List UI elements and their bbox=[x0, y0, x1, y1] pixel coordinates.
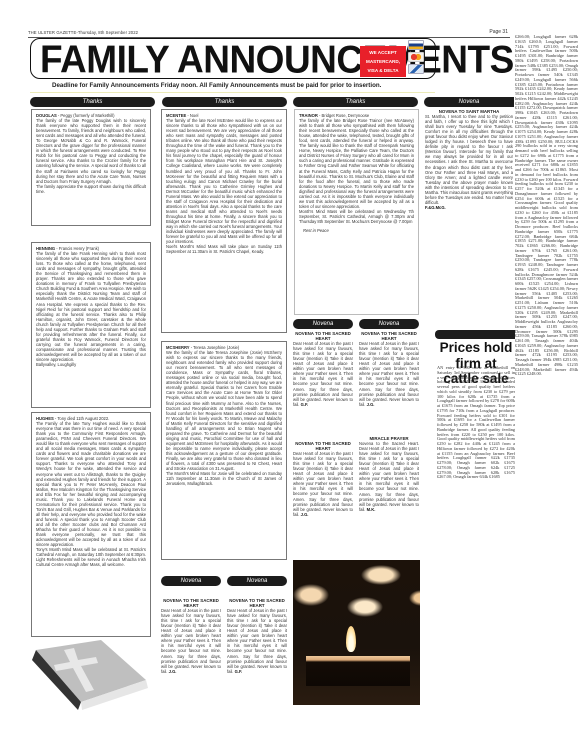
notice-trainor: TRAINOR - Bridget Rose, Derrynoose The f… bbox=[294, 109, 419, 315]
notice-closing: Month's Mind Mass will be celebrated on … bbox=[299, 209, 414, 224]
payment-badge: WE ACCEPT MASTERCARD, VISA & DELTA bbox=[360, 46, 406, 77]
column-header-novena: Novena bbox=[359, 319, 419, 329]
notice-closing: Tony's Month Mind Mass will be celebrate… bbox=[36, 547, 146, 567]
notice-closing: The family appreciate the support shown … bbox=[36, 184, 146, 194]
novena-saint-martha: NOVENA TO SAINT MARTHA St. Martha, I res… bbox=[425, 109, 513, 325]
page-number: Page 31 bbox=[489, 29, 508, 35]
novena-title: NOVENA TO THE SACRED HEART bbox=[359, 331, 419, 341]
bible-cross-icon bbox=[26, 640, 152, 712]
notice-body: The family of the late Peggy Douglas wis… bbox=[36, 118, 146, 184]
novena-title: NOVENA TO THE SACRED HEART bbox=[161, 598, 221, 608]
novena-title: NOVENA TO THE SACRED HEART bbox=[293, 331, 353, 341]
article-body: AN entry of 900 cattle at Markethill on … bbox=[437, 366, 515, 646]
column-header-novena: Novena bbox=[161, 576, 221, 586]
novena-sacred-heart: NOVENA TO THE SACRED HEART Dear Heart of… bbox=[359, 331, 419, 433]
deadline-notice: Deadline for Family Announcements Friday… bbox=[52, 82, 381, 89]
novena-signature: J.G. bbox=[367, 402, 375, 407]
notice-body: The family of the late Frank Henning wis… bbox=[36, 251, 146, 362]
visa-card-icon bbox=[408, 40, 424, 50]
publication-line: THE ULSTER GAZETTE-Thursday, 8th Septemb… bbox=[28, 29, 510, 38]
payment-badge-line: WE ACCEPT bbox=[360, 48, 406, 57]
novena-signature: M.K. bbox=[367, 507, 376, 512]
column-header-thanks: Thanks bbox=[293, 97, 418, 107]
notice-body: The family of the late Bridget Rose Trai… bbox=[299, 118, 414, 209]
column-header-novena: Novena bbox=[227, 576, 287, 586]
notice-body: We the family of the late Teresa Josephi… bbox=[166, 350, 282, 471]
article-bar bbox=[435, 330, 515, 339]
divider bbox=[30, 92, 435, 93]
novena-sacred-heart: NOVENA TO THE SACRED HEART Dear Heart of… bbox=[227, 598, 287, 703]
mastercard-icon bbox=[408, 52, 424, 62]
novena-signature: J.G. bbox=[301, 512, 309, 517]
notice-body: The Family of the late Tony Hughes would… bbox=[36, 421, 146, 547]
novena-body: Dear Heart of Jesus in the past I have a… bbox=[227, 608, 287, 674]
novena-body: Dear Heart of Jesus in the past I have a… bbox=[293, 451, 353, 517]
novena-title: NOVENA TO THE SACRED HEART bbox=[227, 598, 287, 608]
notice-closing: Ballyvalley, Loughgilly bbox=[36, 362, 146, 367]
novena-signature: G.F. bbox=[235, 669, 243, 674]
delta-card-icon bbox=[408, 64, 424, 74]
column-header-thanks: Thanks bbox=[30, 97, 155, 107]
payment-badge-line: VISA & DELTA bbox=[360, 66, 406, 75]
notice-body: The family of the late Noel McEntee woul… bbox=[166, 118, 282, 244]
card-logos bbox=[408, 40, 426, 78]
novena-body: Dear Heart of Jesus in the past I have a… bbox=[293, 341, 353, 407]
novena-title: NOVENA TO THE SACRED HEART bbox=[293, 441, 353, 451]
notice-henning: HENNING - Francis Henry (Frank) The fami… bbox=[31, 242, 151, 408]
novena-body: Dear Heart of Jesus in the past I have a… bbox=[161, 608, 221, 674]
section-title: FAMILY ANNOUNCEMENTS bbox=[40, 39, 514, 81]
candle-holder bbox=[306, 656, 410, 686]
novena-signature: F.&G.McG. bbox=[425, 205, 513, 210]
candle-flame-icon bbox=[346, 626, 356, 652]
notice-closing: Noel's Month's Mind Mass will take place… bbox=[166, 244, 282, 254]
notice-mcsherry: MCSHERRY - Teresa Josephine (Josie) We t… bbox=[161, 341, 287, 560]
novena-sacred-heart: NOVENA TO THE SACRED HEART Dear Heart of… bbox=[161, 598, 221, 703]
column-header-novena: Novena bbox=[424, 97, 514, 107]
notice-closing: The Month's Mind Mass for Josie will be … bbox=[166, 471, 282, 486]
miracle-prayer-body: Novena to the Sacred Heart. Dear Heart o… bbox=[359, 441, 419, 512]
notice-douglas: DOUGLAS - Peggy (formerly of Markethill)… bbox=[31, 109, 151, 226]
novena-body: St. Martha, I resort to thee and to thy … bbox=[425, 114, 513, 205]
rest-in-peace: Rest in Peace bbox=[299, 228, 414, 233]
column-header-novena: Novena bbox=[293, 319, 353, 329]
novena-sacred-heart: NOVENA TO THE SACRED HEART Dear Heart of… bbox=[293, 331, 353, 435]
novena-signature: J.G. bbox=[169, 669, 177, 674]
novena-sacred-heart: NOVENA TO THE SACRED HEART Dear Heart of… bbox=[293, 441, 353, 551]
novena-signature: G.F. bbox=[301, 402, 309, 407]
notice-mcentee: MCENTEE - Noel The family of the late No… bbox=[161, 109, 287, 333]
notice-hughes: HUGHES - Tony died 11th August 2022. The… bbox=[31, 412, 151, 637]
column-header-thanks: Thanks bbox=[162, 97, 287, 107]
novena-body: Dear Heart of Jesus in the past I have a… bbox=[359, 341, 419, 407]
payment-badge-line: MASTERCARD, bbox=[360, 57, 406, 66]
miracle-prayer: MIRACLE PRAYER Novena to the Sacred Hear… bbox=[359, 436, 419, 556]
market-results-column: £266.00; Loughgall farmer 628k £1635 £26… bbox=[515, 35, 578, 735]
